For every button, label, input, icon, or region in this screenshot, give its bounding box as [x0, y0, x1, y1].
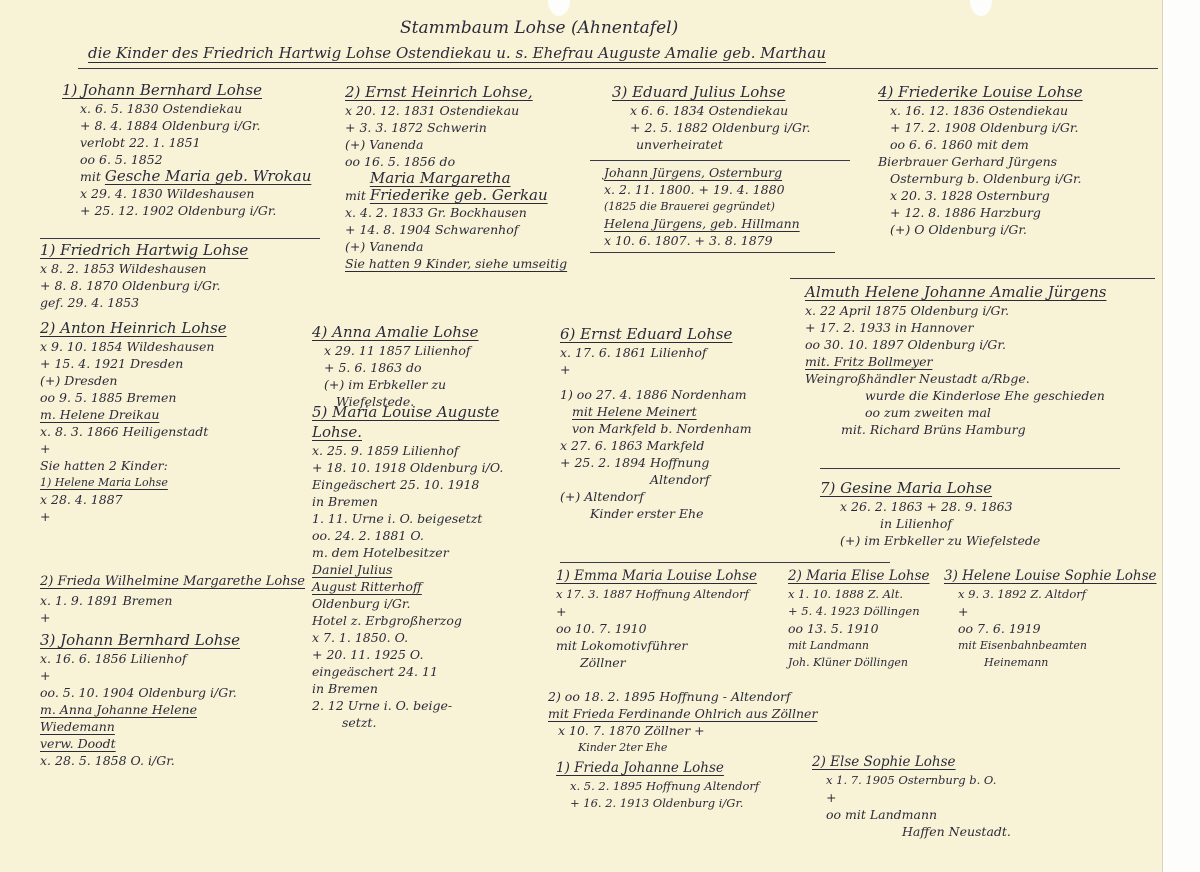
- birth-death-line: x 26. 2. 1863 + 28. 9. 1863: [820, 498, 1040, 515]
- burial-line: (+) Dresden: [40, 372, 227, 389]
- death-line: +: [812, 789, 1011, 806]
- death-line: + 8. 8. 1870 Oldenburg i/Gr.: [40, 277, 248, 294]
- spouse-occupation: m. dem Hotelbesitzer: [312, 544, 542, 561]
- spouse-prefix: mit: [345, 188, 366, 203]
- death-line: + 17. 2. 1908 Oldenburg i/Gr.: [878, 119, 1083, 136]
- cremation-place: in Bremen: [312, 493, 542, 510]
- urn-burial-line: 1. 11. Urne i. O. beigesetzt: [312, 510, 542, 527]
- document-page: Stammbaum Lohse (Ahnentafel) die Kinder …: [0, 0, 1163, 872]
- juergens-ancestors-box: Johann Jürgens, Osternburg x. 2. 11. 180…: [604, 164, 800, 249]
- marriage-line: 2) oo 18. 2. 1895 Hoffnung - Altendorf: [548, 688, 817, 705]
- death-line: +: [40, 667, 240, 684]
- marriage-line: oo 30. 10. 1897 Oldenburg i/Gr.: [805, 336, 1106, 353]
- spouse-occupation: Weingroßhändler Neustadt a/Rbge.: [805, 370, 1106, 387]
- child-4-entry: 4) Friederike Louise Lohse x. 16. 12. 18…: [878, 82, 1083, 238]
- great-grandchild-maria-entry: 2) Maria Elise Lohse x 1. 10. 1888 Z. Al…: [788, 566, 930, 671]
- great-grandchild-helene-entry: 3) Helene Louise Sophie Lohse x 9. 3. 18…: [944, 566, 1157, 671]
- grandchild-name: 1) Friedrich Hartwig Lohse: [40, 240, 248, 260]
- spouse-birth-line: x 7. 1. 1850. O.: [312, 629, 542, 646]
- marriage-line: oo 13. 5. 1910: [788, 620, 930, 637]
- spouse-birth-line: x 27. 6. 1863 Markfeld: [560, 437, 752, 454]
- box-bottom: [590, 252, 835, 253]
- birth-line: x 9. 3. 1892 Z. Altdorf: [944, 586, 1157, 603]
- grandchild-name: 6) Ernst Eduard Lohse: [560, 324, 752, 344]
- grandchild-name: 3) Johann Bernhard Lohse: [40, 630, 240, 650]
- marriage-line: oo. 24. 2. 1881 O.: [312, 527, 542, 544]
- grandchild-name: 2) Anton Heinrich Lohse: [40, 318, 227, 338]
- spouse-name: Zöllner: [556, 654, 757, 671]
- grandchild-name: 5) Maria Louise Auguste Lohse.: [312, 402, 542, 442]
- marriage-line: 1) oo 27. 4. 1886 Nordenham: [560, 386, 752, 403]
- spouse-birth-line: x. 28. 5. 1858 O. i/Gr.: [40, 752, 240, 769]
- birth-line: x 29. 11 1857 Lilienhof: [312, 342, 479, 359]
- second-marriage-child-else: 2) Else Sophie Lohse x 1. 7. 1905 Ostern…: [812, 752, 1011, 840]
- spouse-maiden-name: verw. Doodt: [40, 735, 240, 752]
- marriage-line: oo 6. 6. 1860 mit dem: [878, 136, 1083, 153]
- birth-line: x 20. 12. 1831 Ostendiekau: [345, 102, 590, 119]
- child-2-entry: 2) Ernst Heinrich Lohse, x 20. 12. 1831 …: [345, 82, 590, 272]
- death-line: + 3. 3. 1872 Schwerin: [345, 119, 590, 136]
- birth-line: x. 16. 6. 1856 Lilienhof: [40, 650, 240, 667]
- birth-place: in Lilienhof: [820, 515, 1040, 532]
- child-1-entry: 1) Johann Bernhard Lohse x. 6. 5. 1830 O…: [62, 80, 311, 219]
- marriage-line: oo 7. 6. 1919: [944, 620, 1157, 637]
- spouse-name: Haffen Neustadt.: [812, 823, 1011, 840]
- spouse-urn-line: 2. 12 Urne i. O. beige-: [312, 697, 542, 714]
- marriage-line: oo mit Landmann: [812, 806, 1011, 823]
- family-divider: [40, 238, 320, 239]
- death-line: +: [40, 609, 305, 626]
- child-name: 2) Ernst Heinrich Lohse,: [345, 82, 590, 102]
- death-line: +: [944, 603, 1157, 620]
- death-line: +: [40, 508, 227, 525]
- children-note: Kinder erster Ehe: [560, 505, 752, 522]
- punch-hole: [970, 0, 992, 16]
- great-grandchild-name: 2) Else Sophie Lohse: [812, 752, 1011, 772]
- birth-line: x. 6. 5. 1830 Ostendiekau: [62, 100, 311, 117]
- spouse-death-line: + 20. 11. 1925 O.: [312, 646, 542, 663]
- spouse-cremation-place: in Bremen: [312, 680, 542, 697]
- second-marriage-child-frieda: 1) Frieda Johanne Lohse x. 5. 2. 1895 Ho…: [556, 758, 759, 812]
- death-line: + 5. 6. 1863 do: [312, 359, 479, 376]
- box-top: [790, 278, 1155, 279]
- birth-line: x. 17. 6. 1861 Lilienhof: [560, 344, 752, 361]
- grandchild-anna-entry: 4) Anna Amalie Lohse x 29. 11 1857 Lilie…: [312, 322, 479, 410]
- grandchild-name: 4) Anna Amalie Lohse: [312, 322, 479, 342]
- great-grandchild-name: 1) Emma Maria Louise Lohse: [556, 566, 757, 586]
- birth-line: x 17. 3. 1887 Hoffnung Altendorf: [556, 586, 757, 603]
- burial-line: (+) im Erbkeller zu Wiefelstede: [820, 532, 1040, 549]
- birth-line: x 1. 7. 1905 Osternburg b. O.: [812, 772, 1011, 789]
- spouse-place: Osternburg b. Oldenburg i/Gr.: [878, 170, 1083, 187]
- grandchild-frieda-entry: 2) Frieda Wilhelmine Margarethe Lohse x.…: [40, 572, 305, 626]
- cremation-line: Eingeäschert 25. 10. 1918: [312, 476, 542, 493]
- marriage-line: oo 9. 5. 1885 Bremen: [40, 389, 227, 406]
- spouse-occupation: mit Eisenbahnbeamten: [944, 637, 1157, 654]
- spouse-cremation-line: eingeäschert 24. 11: [312, 663, 542, 680]
- spouse-birth-line: x 29. 4. 1830 Wildeshausen: [62, 185, 311, 202]
- spouse-name: Gesche Maria geb. Wrokau: [105, 167, 312, 185]
- spouse-line: Bierbrauer Gerhard Jürgens: [878, 153, 1083, 170]
- spouse-name: Wiedemann: [40, 718, 240, 735]
- burial-line: (+) im Erbkeller zu: [312, 376, 479, 393]
- spouse-occupation: mit Landmann: [788, 637, 930, 654]
- spouse-birth-line: x 10. 7. 1870 Zöllner +: [548, 722, 817, 739]
- birth-line: x. 25. 9. 1859 Lilienhof: [312, 442, 542, 459]
- grandchild-gesine-entry: 7) Gesine Maria Lohse x 26. 2. 1863 + 28…: [820, 478, 1040, 549]
- ancestor-name: Johann Jürgens, Osternburg: [604, 164, 800, 181]
- grandchild-anton-entry: 2) Anton Heinrich Lohse x 9. 10. 1854 Wi…: [40, 318, 227, 525]
- birth-line: x 28. 4. 1887: [40, 491, 227, 508]
- great-grandchild-name: 2) Maria Elise Lohse: [788, 566, 930, 586]
- marital-status: unverheiratet: [612, 136, 811, 153]
- spouse-birth-line: x. 8. 3. 1866 Heiligenstadt: [40, 423, 227, 440]
- spouse-burial-line: (+) Vanenda: [345, 238, 590, 255]
- grandchild-johann-entry: 3) Johann Bernhard Lohse x. 16. 6. 1856 …: [40, 630, 240, 769]
- burial-line: (+) Vanenda: [345, 136, 590, 153]
- ancestor-dates: x. 2. 11. 1800. + 19. 4. 1880: [604, 181, 800, 198]
- box-top: [590, 160, 850, 161]
- death-line: +: [560, 361, 752, 378]
- spouse-name: mit Helene Meinert: [560, 403, 752, 420]
- death-line: + 8. 4. 1884 Oldenburg i/Gr.: [62, 117, 311, 134]
- children-note: Kinder 2ter Ehe: [548, 739, 817, 756]
- birth-line: x 8. 2. 1853 Wildeshausen: [40, 260, 248, 277]
- grandchild-name: 2) Frieda Wilhelmine Margarethe Lohse: [40, 572, 305, 592]
- marriage-line: oo 10. 7. 1910: [556, 620, 757, 637]
- marriage-line: oo 6. 5. 1852: [62, 151, 311, 168]
- children-note: Sie hatten 2 Kinder:: [40, 457, 227, 474]
- spouse-death-line: + 12. 8. 1886 Harzburg: [878, 204, 1083, 221]
- spouse-hotel: Hotel z. Erbgroßherzog: [312, 612, 542, 629]
- spouse-name: Daniel Julius: [312, 561, 542, 578]
- grandchild-name: 7) Gesine Maria Lohse: [820, 478, 1040, 498]
- marriage-line: oo. 5. 10. 1904 Oldenburg i/Gr.: [40, 684, 240, 701]
- second-marriage-entry: 2) oo 18. 2. 1895 Hoffnung - Altendorf m…: [548, 688, 817, 756]
- spouse-burial-line: (+) O Oldenburg i/Gr.: [878, 221, 1083, 238]
- birth-line: x 9. 10. 1854 Wildeshausen: [40, 338, 227, 355]
- great-grandchild-emma-entry: 1) Emma Maria Louise Lohse x 17. 3. 1887…: [556, 566, 757, 671]
- child-name: 1) Helene Maria Lohse: [40, 474, 227, 491]
- person-name: Almuth Helene Johanne Amalie Jürgens: [805, 282, 1106, 302]
- spouse-urn-line: setzt.: [312, 714, 542, 731]
- spouse-death-place: Altendorf: [560, 471, 752, 488]
- engagement-line: verlobt 22. 1. 1851: [62, 134, 311, 151]
- children-note: Sie hatten 9 Kinder, siehe umseitig: [345, 255, 590, 272]
- grandchild-friedrich-entry: 1) Friedrich Hartwig Lohse x 8. 2. 1853 …: [40, 240, 248, 311]
- death-line: + 18. 10. 1918 Oldenburg i/O.: [312, 459, 542, 476]
- birth-line: x 6. 6. 1834 Ostendiekau: [612, 102, 811, 119]
- spouse-prefix: mit: [80, 169, 101, 184]
- spouse-occupation: mit Lokomotivführer: [556, 637, 757, 654]
- death-line: +: [556, 603, 757, 620]
- spouse-name: m. Helene Dreikau: [40, 406, 227, 423]
- death-line: + 2. 5. 1882 Oldenburg i/Gr.: [612, 119, 811, 136]
- birth-line: x 1. 10. 1888 Z. Alt.: [788, 586, 930, 603]
- baptism-line: gef. 29. 4. 1853: [40, 294, 248, 311]
- spouse-name: Joh. Klüner Döllingen: [788, 654, 930, 671]
- spouse-origin: von Markfeld b. Nordenham: [560, 420, 752, 437]
- death-line: + 16. 2. 1913 Oldenburg i/Gr.: [556, 795, 759, 812]
- spouse-death-line: + 25. 12. 1902 Oldenburg i/Gr.: [62, 202, 311, 219]
- death-line: + 5. 4. 1923 Döllingen: [788, 603, 930, 620]
- spouse-burial-line: (+) Altendorf: [560, 488, 752, 505]
- ancestor-name: Helena Jürgens, geb. Hillmann: [604, 215, 800, 232]
- spouse-birth-line: x. 4. 2. 1833 Gr. Bockhausen: [345, 204, 590, 221]
- spouse-place: Oldenburg i/Gr.: [312, 595, 542, 612]
- great-grandchild-name: 1) Frieda Johanne Lohse: [556, 758, 759, 778]
- ancestor-dates: x 10. 6. 1807. + 3. 8. 1879: [604, 232, 800, 249]
- birth-line: x. 16. 12. 1836 Ostendiekau: [878, 102, 1083, 119]
- divorce-note: wurde die Kinderlose Ehe geschieden: [805, 387, 1106, 404]
- second-spouse: mit. Richard Brüns Hamburg: [805, 421, 1106, 438]
- spouse-name: August Ritterhoff: [312, 578, 542, 595]
- spouse-birth-line: x 20. 3. 1828 Osternburg: [878, 187, 1083, 204]
- child-name: 1) Johann Bernhard Lohse: [62, 80, 311, 100]
- grandchild-maria-entry: 5) Maria Louise Auguste Lohse. x. 25. 9.…: [312, 402, 542, 731]
- second-marriage-note: oo zum zweiten mal: [805, 404, 1106, 421]
- bracket-line: [560, 562, 890, 563]
- death-line: + 15. 4. 1921 Dresden: [40, 355, 227, 372]
- punch-hole: [548, 0, 570, 16]
- marriage-line: oo 16. 5. 1856 do: [345, 153, 590, 170]
- spouse-death-line: + 14. 8. 1904 Schwarenhof: [345, 221, 590, 238]
- spouse-name: m. Anna Johanne Helene: [40, 701, 240, 718]
- spouse-death-line: + 25. 2. 1894 Hoffnung: [560, 454, 752, 471]
- child-name: 4) Friederike Louise Lohse: [878, 82, 1083, 102]
- great-grandchild-name: 3) Helene Louise Sophie Lohse: [944, 566, 1157, 586]
- child-3-entry: 3) Eduard Julius Lohse x 6. 6. 1834 Oste…: [612, 82, 811, 153]
- birth-line: x. 5. 2. 1895 Hoffnung Altendorf: [556, 778, 759, 795]
- document-title: Stammbaum Lohse (Ahnentafel): [400, 18, 678, 38]
- child-name: 3) Eduard Julius Lohse: [612, 82, 811, 102]
- spouse-death-line: +: [40, 440, 227, 457]
- grandchild-ernst-entry: 6) Ernst Eduard Lohse x. 17. 6. 1861 Lil…: [560, 324, 752, 522]
- ancestor-note: (1825 die Brauerei gegründet): [604, 198, 800, 215]
- document-heading: die Kinder des Friedrich Hartwig Lohse O…: [88, 44, 826, 62]
- amalie-juergens-box: Almuth Helene Johanne Amalie Jürgens x. …: [805, 282, 1106, 438]
- box-bottom: [820, 468, 1120, 469]
- birth-line: x. 1. 9. 1891 Bremen: [40, 592, 305, 609]
- spouse-name: mit. Fritz Bollmeyer: [805, 353, 1106, 370]
- spouse-name: Maria Margaretha Friederike geb. Gerkau: [370, 170, 590, 204]
- death-line: + 17. 2. 1933 in Hannover: [805, 319, 1106, 336]
- spouse-name: mit Frieda Ferdinande Ohlrich aus Zöllne…: [548, 705, 817, 722]
- heading-divider: [78, 68, 1158, 69]
- birth-line: x. 22 April 1875 Oldenburg i/Gr.: [805, 302, 1106, 319]
- spouse-name: Heinemann: [944, 654, 1157, 671]
